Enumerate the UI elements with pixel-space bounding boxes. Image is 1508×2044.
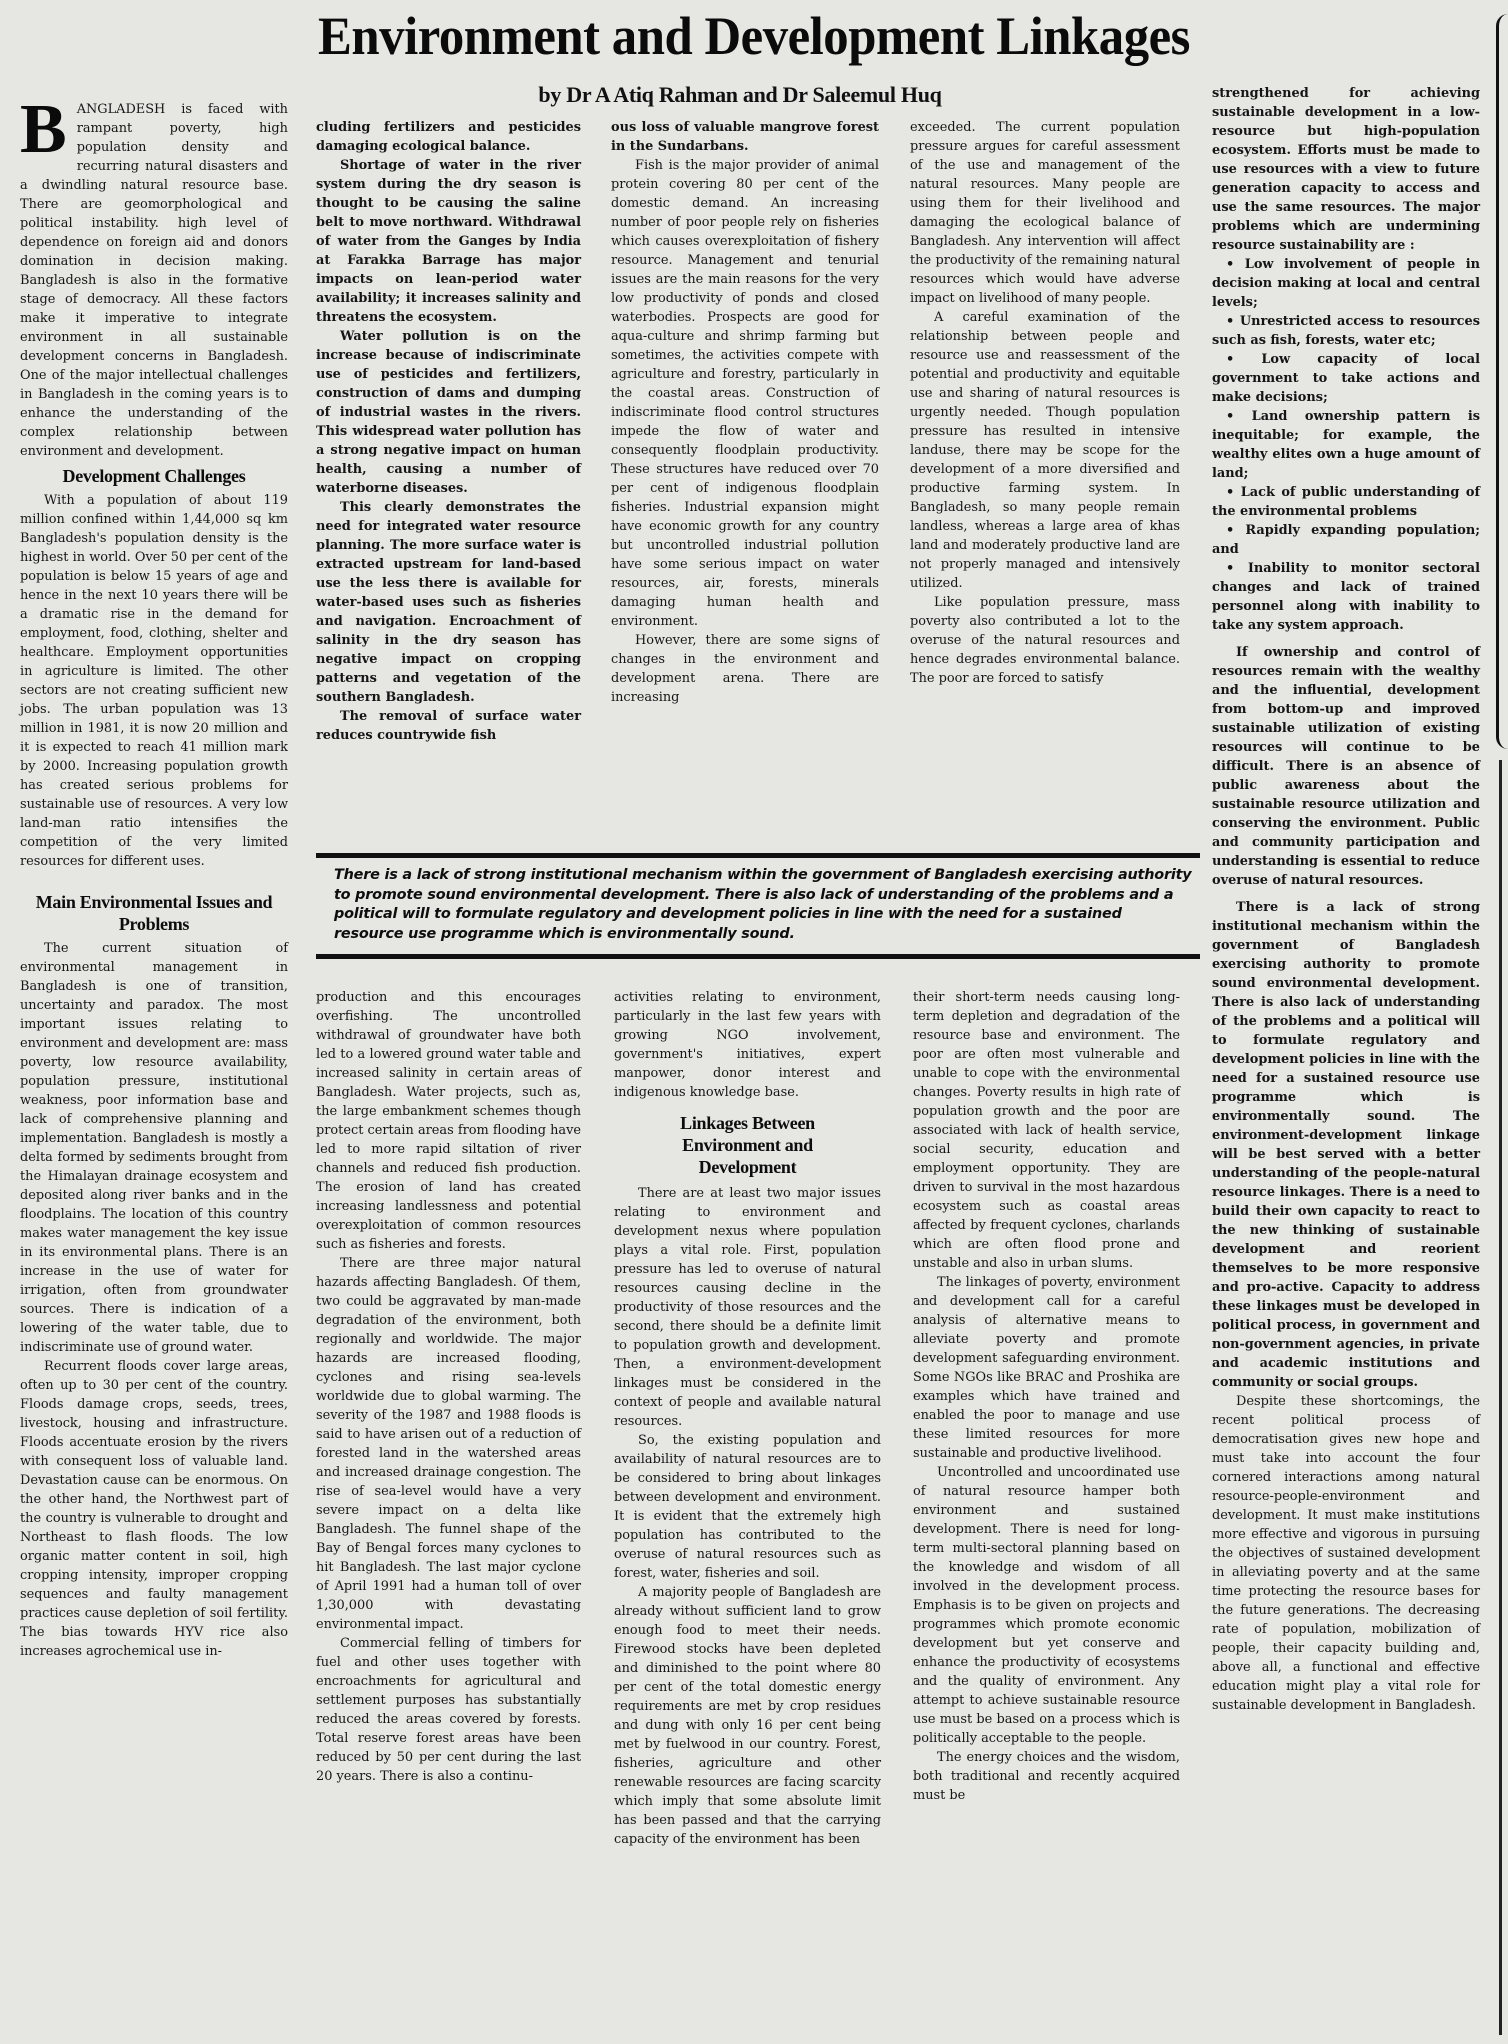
subhead-linkages: Linkages Between Environment and Develop… (634, 1112, 861, 1178)
paragraph: There are at least two major issues rela… (614, 1184, 881, 1431)
paragraph: Water pollution is on the increase becau… (316, 327, 581, 498)
column-4-bottom: their short-term needs causing long-term… (913, 988, 1180, 1805)
paragraph: activities relating to environment, part… (614, 988, 881, 1102)
paragraph: The removal of surface water reduces cou… (316, 707, 581, 745)
paragraph: Fish is the major provider of animal pro… (611, 156, 879, 631)
bullet-item: • Low capacity of local government to ta… (1212, 350, 1480, 407)
column-2-bottom: production and this encourages overfishi… (316, 988, 581, 1786)
subhead-main-environmental-issues: Main Environmental Issues and Problems (20, 891, 288, 935)
pull-quote: There is a lack of strong institutional … (316, 853, 1200, 959)
paragraph: A careful examination of the relationshi… (910, 308, 1180, 593)
drop-cap: B (20, 102, 67, 158)
column-1: B ANGLADESH is faced with rampant povert… (20, 100, 288, 1661)
column-5: strengthened for achieving sustainable d… (1212, 84, 1480, 1715)
paragraph: ous loss of valuable mangrove forest in … (611, 118, 879, 156)
paragraph: Shortage of water in the river system du… (316, 156, 581, 327)
paragraph: With a population of about 119 million c… (20, 491, 288, 871)
intro-paragraph: B ANGLADESH is faced with rampant povert… (20, 100, 288, 461)
column-3-bottom: activities relating to environment, part… (614, 988, 881, 1849)
paragraph: Uncontrolled and uncoordinated use of na… (913, 1463, 1180, 1748)
bullet-item: • Low involvement of people in decision … (1212, 255, 1480, 312)
paragraph: production and this encourages overfishi… (316, 988, 581, 1254)
paragraph: The linkages of poverty, environment and… (913, 1273, 1180, 1463)
byline: by Dr A Atiq Rahman and Dr Saleemul Huq (410, 82, 1070, 108)
paragraph: There is a lack of strong institutional … (1212, 898, 1480, 1392)
paragraph: The energy choices and the wisdom, both … (913, 1748, 1180, 1805)
paragraph: cluding fertilizers and pesticides damag… (316, 118, 581, 156)
paragraph: There are three major natural hazards af… (316, 1254, 581, 1634)
paragraph: A majority people of Bangladesh are alre… (614, 1583, 881, 1849)
paragraph: strengthened for achieving sustainable d… (1212, 84, 1480, 255)
paragraph: Despite these shortcomings, the recent p… (1212, 1392, 1480, 1715)
frame-border (1496, 14, 1508, 749)
paragraph: If ownership and control of resources re… (1212, 643, 1480, 890)
bullet-item: • Rapidly expanding population; and (1212, 521, 1480, 559)
paragraph: Like population pressure, mass poverty a… (910, 593, 1180, 688)
column-2-top: cluding fertilizers and pesticides damag… (316, 118, 581, 745)
headline: Environment and Development Linkages (45, 6, 1463, 66)
paragraph: The current situation of environmental m… (20, 939, 288, 1357)
paragraph: exceeded. The current population pressur… (910, 118, 1180, 308)
paragraph: their short-term needs causing long-term… (913, 988, 1180, 1273)
bullet-item: • Lack of public understanding of the en… (1212, 483, 1480, 521)
frame-border (1499, 760, 1502, 2035)
bullet-item: • Land ownership pattern is inequitable;… (1212, 407, 1480, 483)
bullet-item: • Inability to monitor sectoral changes … (1212, 559, 1480, 635)
paragraph: This clearly demonstrates the need for i… (316, 498, 581, 707)
paragraph: However, there are some signs of changes… (611, 631, 879, 707)
paragraph: Recurrent floods cover large areas, ofte… (20, 1357, 288, 1661)
column-3-top: ous loss of valuable mangrove forest in … (611, 118, 879, 707)
paragraph: Commercial felling of timbers for fuel a… (316, 1634, 581, 1786)
paragraph: So, the existing population and availabi… (614, 1431, 881, 1583)
bullet-item: • Unrestricted access to resources such … (1212, 312, 1480, 350)
column-4-top: exceeded. The current population pressur… (910, 118, 1180, 688)
subhead-development-challenges: Development Challenges (20, 465, 288, 487)
